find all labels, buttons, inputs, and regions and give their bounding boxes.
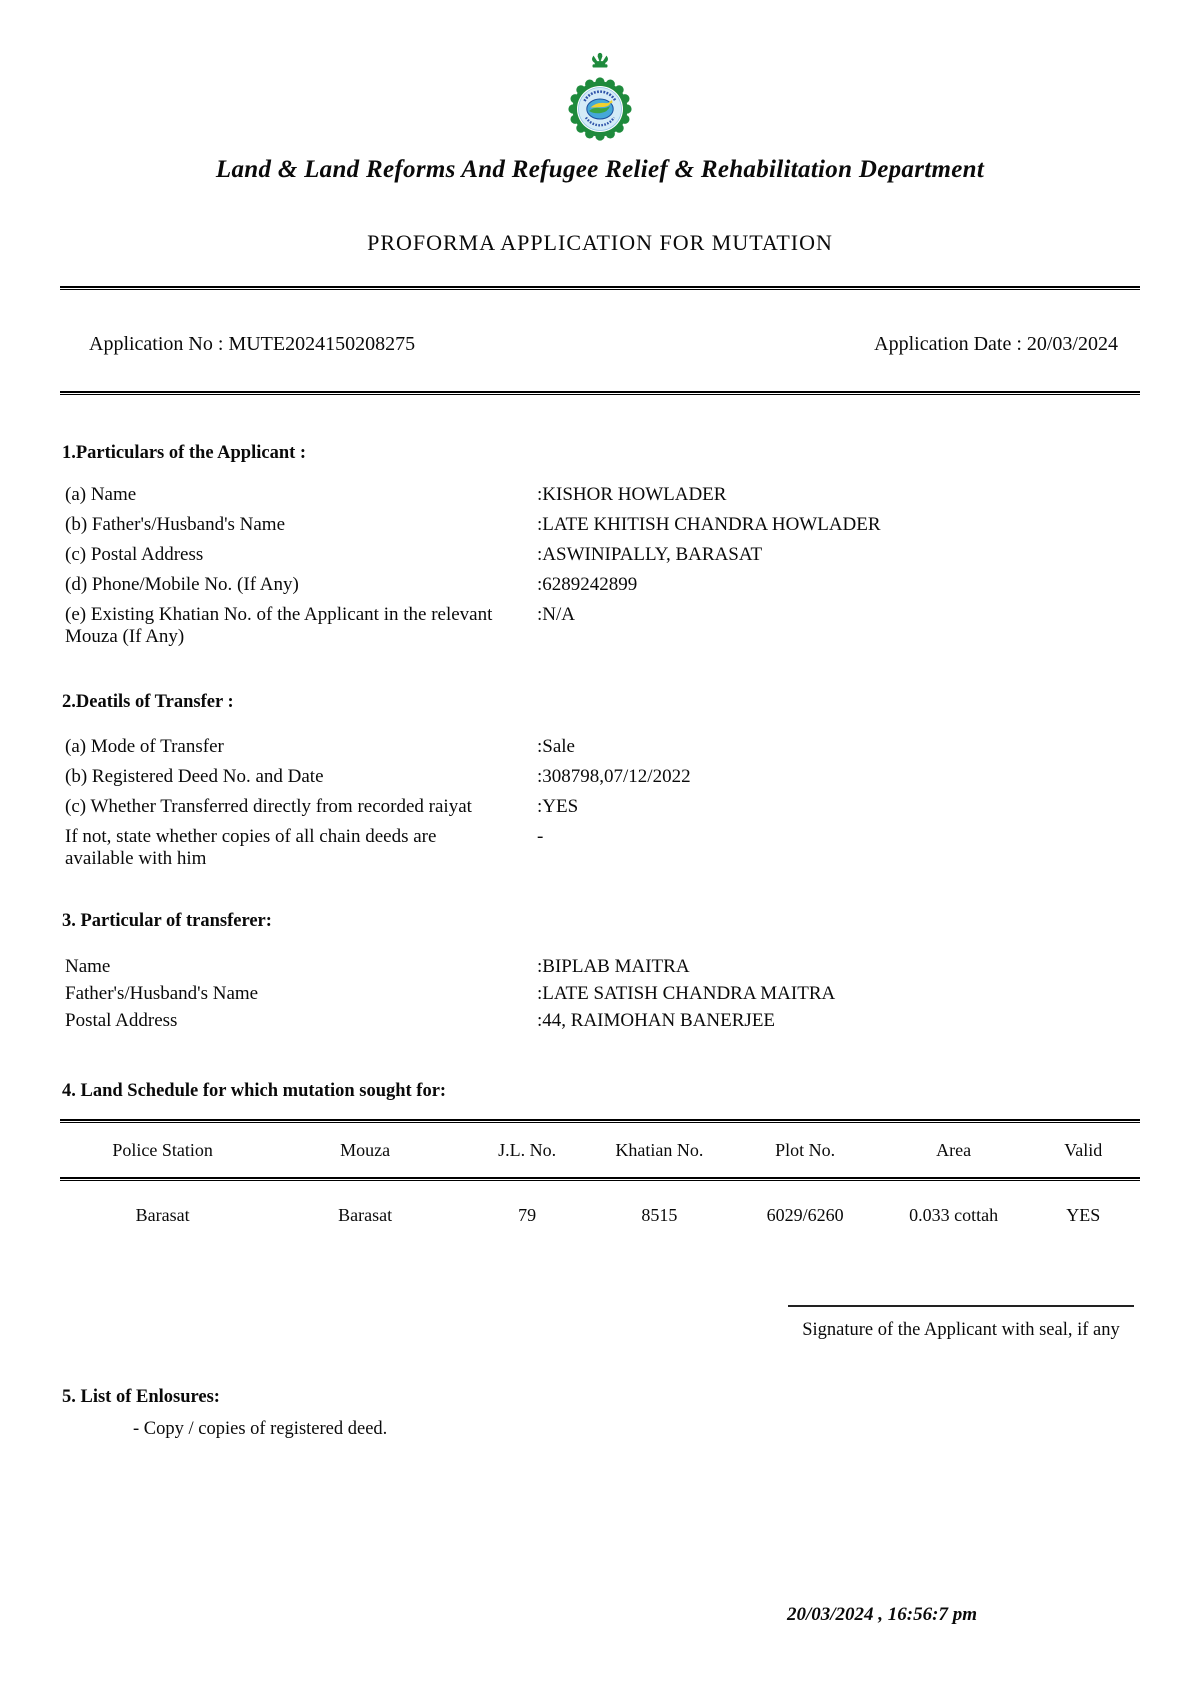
section-5-heading: 5. List of Enlosures:	[62, 1387, 220, 1408]
table-row: Barasat Barasat 79 8515 6029/6260 0.033 …	[60, 1181, 1140, 1226]
signature-line	[788, 1305, 1134, 1307]
section-1-heading: 1.Particulars of the Applicant :	[62, 443, 306, 464]
col-header-area: Area	[881, 1123, 1027, 1177]
field-value: :44, RAIMOHAN BANERJEE	[537, 1010, 1140, 1031]
section-3-rows: Name :BIPLAB MAITRA Father's/Husband's N…	[65, 956, 1140, 1037]
field-row: Name :BIPLAB MAITRA	[65, 956, 1140, 977]
application-meta-row: Application No : MUTE2024150208275 Appli…	[89, 333, 1118, 356]
cell-jl-no: 79	[465, 1181, 589, 1226]
emblem-graphic	[559, 52, 641, 142]
signature-caption: Signature of the Applicant with seal, if…	[770, 1320, 1152, 1341]
field-value: :ASWINIPALLY, BARASAT	[537, 544, 1140, 566]
field-row: (c) Whether Transferred directly from re…	[65, 796, 1140, 818]
field-label: (b) Father's/Husband's Name	[65, 514, 537, 536]
department-title: Land & Land Reforms And Refugee Relief &…	[0, 156, 1200, 184]
horizontal-rule-under-meta	[60, 391, 1140, 395]
field-label: If not, state whether copies of all chai…	[65, 826, 537, 870]
field-label: (d) Phone/Mobile No. (If Any)	[65, 574, 537, 596]
national-emblem-crest-icon	[593, 53, 608, 67]
application-no-value: MUTE2024150208275	[228, 333, 415, 355]
enclosure-item: - Copy / copies of registered deed.	[133, 1419, 387, 1440]
application-date: Application Date : 20/03/2024	[874, 333, 1118, 356]
field-label: (a) Mode of Transfer	[65, 736, 537, 758]
col-header-jl-no: J.L. No.	[465, 1123, 589, 1177]
field-label: (c) Whether Transferred directly from re…	[65, 796, 537, 818]
cell-khatian-no: 8515	[589, 1181, 729, 1226]
field-value: -	[537, 826, 1140, 870]
field-row: (d) Phone/Mobile No. (If Any) :628924289…	[65, 574, 1140, 596]
field-row: (e) Existing Khatian No. of the Applican…	[65, 604, 1140, 648]
col-header-plot-no: Plot No.	[730, 1123, 881, 1177]
application-no-label: Application No :	[89, 333, 223, 355]
field-row: Father's/Husband's Name :LATE SATISH CHA…	[65, 983, 1140, 1004]
form-title: PROFORMA APPLICATION FOR MUTATION	[0, 230, 1200, 256]
field-value: :KISHOR HOWLADER	[537, 484, 1140, 506]
field-row: (c) Postal Address :ASWINIPALLY, BARASAT	[65, 544, 1140, 566]
cell-plot-no: 6029/6260	[730, 1181, 881, 1226]
cell-police-station: Barasat	[60, 1181, 265, 1226]
col-header-valid: Valid	[1027, 1123, 1140, 1177]
generated-timestamp: 20/03/2024 , 16:56:7 pm	[700, 1604, 1064, 1626]
field-row: Postal Address :44, RAIMOHAN BANERJEE	[65, 1010, 1140, 1031]
field-label: (a) Name	[65, 484, 537, 506]
horizontal-rule-top	[60, 286, 1140, 290]
section-2-rows: (a) Mode of Transfer :Sale (b) Registere…	[65, 736, 1140, 878]
section-1-rows: (a) Name :KISHOR HOWLADER (b) Father's/H…	[65, 484, 1140, 656]
field-label: Father's/Husband's Name	[65, 983, 537, 1004]
field-row: (b) Registered Deed No. and Date :308798…	[65, 766, 1140, 788]
section-3-heading: 3. Particular of transferer:	[62, 911, 272, 932]
cell-area: 0.033 cottah	[881, 1181, 1027, 1226]
field-label: Postal Address	[65, 1010, 537, 1031]
field-value: :YES	[537, 796, 1140, 818]
field-row: If not, state whether copies of all chai…	[65, 826, 1140, 870]
field-label: (e) Existing Khatian No. of the Applican…	[65, 604, 537, 648]
application-date-label: Application Date :	[874, 333, 1022, 355]
mutation-application-document: Land & Land Reforms And Refugee Relief &…	[0, 0, 1200, 1698]
col-header-khatian-no: Khatian No.	[589, 1123, 729, 1177]
cell-valid: YES	[1027, 1181, 1140, 1226]
field-value: :6289242899	[537, 574, 1140, 596]
field-row: (a) Mode of Transfer :Sale	[65, 736, 1140, 758]
field-value: :LATE SATISH CHANDRA MAITRA	[537, 983, 1140, 1004]
field-value: :Sale	[537, 736, 1140, 758]
field-row: (a) Name :KISHOR HOWLADER	[65, 484, 1140, 506]
application-no: Application No : MUTE2024150208275	[89, 333, 415, 356]
section-2-heading: 2.Deatils of Transfer :	[62, 692, 234, 713]
section-4-heading: 4. Land Schedule for which mutation soug…	[62, 1081, 446, 1102]
emblem-globe	[587, 99, 613, 119]
cell-mouza: Barasat	[265, 1181, 465, 1226]
field-value: :BIPLAB MAITRA	[537, 956, 1140, 977]
field-row: (b) Father's/Husband's Name :LATE KHITIS…	[65, 514, 1140, 536]
col-header-police-station: Police Station	[60, 1123, 265, 1177]
col-header-mouza: Mouza	[265, 1123, 465, 1177]
field-label: Name	[65, 956, 537, 977]
field-value: :308798,07/12/2022	[537, 766, 1140, 788]
field-label: (c) Postal Address	[65, 544, 537, 566]
field-value: :LATE KHITISH CHANDRA HOWLADER	[537, 514, 1140, 536]
field-label: (b) Registered Deed No. and Date	[65, 766, 537, 788]
land-schedule-table: Police Station Mouza J.L. No. Khatian No…	[60, 1119, 1140, 1226]
table-header-row: Police Station Mouza J.L. No. Khatian No…	[60, 1123, 1140, 1177]
field-value: :N/A	[537, 604, 1140, 648]
application-date-value: 20/03/2024	[1027, 333, 1118, 355]
west-bengal-government-emblem-logo	[559, 52, 641, 147]
